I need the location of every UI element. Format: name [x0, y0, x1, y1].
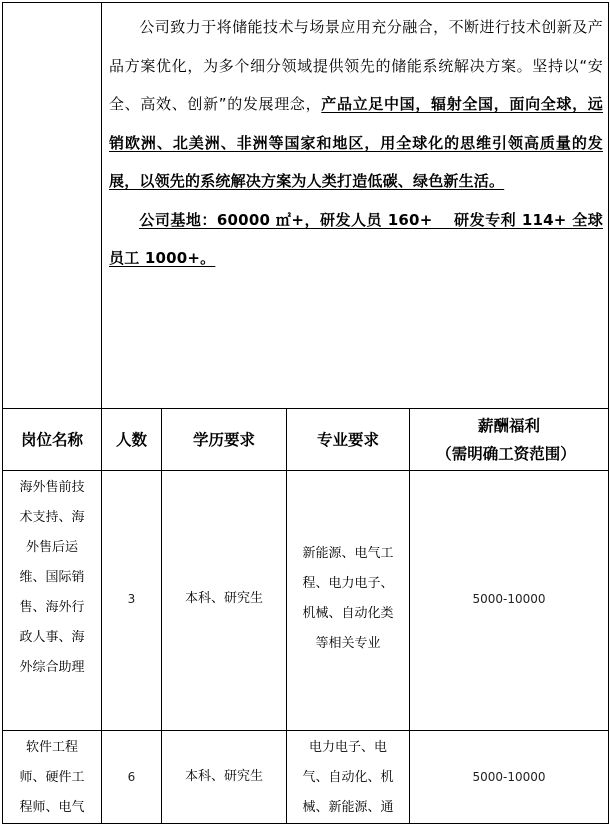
major-line: 程、电力电子、: [302, 569, 393, 599]
table-border-bottom: [2, 823, 609, 824]
table-row-1-education: 本科、研究生: [162, 471, 286, 730]
salary-value: 5000-10000: [472, 770, 545, 784]
header-major-label: 专业要求: [317, 426, 379, 454]
position-line: 维、国际销: [19, 563, 84, 593]
table-row-1-count: 3: [102, 471, 161, 730]
table-border-right: [608, 2, 609, 824]
intro-paragraph-1: 公司致力于将储能技术与场景应用充分融合，不断进行技术创新及产品方案优化，为多个细…: [109, 8, 603, 201]
table-row-2-count: 6: [102, 731, 161, 823]
table-row-2-major: 电力电子、电 气、自动化、机 械、新能源、通: [287, 731, 409, 823]
major-line: 机械、自动化类: [302, 599, 393, 629]
header-count: 人数: [102, 409, 161, 470]
major-line: 电力电子、电: [309, 733, 387, 763]
count-value: 3: [128, 592, 136, 606]
header-salary-label: 薪酬福利: [478, 412, 540, 440]
position-line: 售、海外行: [19, 593, 84, 623]
intro-paragraph-2: 公司基地：60000 ㎡+，研发人员 160+ 研发专利 114+ 全球员工 1…: [109, 201, 603, 278]
position-line: 海外售前技: [19, 473, 84, 503]
table-row-2-education: 本科、研究生: [162, 731, 286, 823]
job-posting-document: 公司致力于将储能技术与场景应用充分融合，不断进行技术创新及产品方案优化，为多个细…: [0, 0, 610, 825]
position-line: 软件工程: [26, 733, 78, 763]
position-line: 政人事、海: [19, 623, 84, 653]
major-line: 新能源、电气工: [302, 539, 393, 569]
position-line: 外综合助理: [19, 653, 84, 683]
company-intro: 公司致力于将储能技术与场景应用充分融合，不断进行技术创新及产品方案优化，为多个细…: [109, 8, 603, 278]
education-value: 本科、研究生: [185, 762, 263, 792]
header-education: 学历要求: [162, 409, 286, 470]
table-row-2-salary: 5000-10000: [410, 731, 608, 823]
header-position: 岗位名称: [3, 409, 101, 470]
header-position-label: 岗位名称: [21, 426, 83, 454]
position-line: 外售后运: [26, 533, 78, 563]
table-row-2-position: 软件工程 师、硬件工 程师、电气: [3, 731, 101, 823]
table-row-1-major: 新能源、电气工 程、电力电子、 机械、自动化类 等相关专业: [287, 471, 409, 730]
header-salary: 薪酬福利 （需明确工资范围）: [410, 409, 608, 470]
header-education-label: 学历要求: [193, 426, 255, 454]
position-line: 师、硬件工: [19, 763, 84, 793]
table-row-1-salary: 5000-10000: [410, 471, 608, 730]
intro-left-border: [101, 2, 102, 409]
header-count-label: 人数: [116, 426, 147, 454]
table-row-1-position: 海外售前技 术支持、海 外售后运 维、国际销 售、海外行 政人事、海 外综合助理: [3, 471, 101, 730]
header-major: 专业要求: [287, 409, 409, 470]
position-line: 术支持、海: [19, 503, 84, 533]
table-border-top: [2, 2, 609, 3]
salary-value: 5000-10000: [472, 592, 545, 606]
header-salary-note: （需明确工资范围）: [436, 440, 576, 468]
position-line: 程师、电气: [19, 793, 84, 823]
major-line: 气、自动化、机: [302, 763, 393, 793]
education-value: 本科、研究生: [185, 584, 263, 614]
count-value: 6: [128, 770, 136, 784]
major-line: 等相关专业: [315, 629, 380, 659]
company-stats-text: 公司基地：60000 ㎡+，研发人员 160+ 研发专利 114+ 全球员工 1…: [109, 211, 603, 268]
major-line: 械、新能源、通: [302, 793, 393, 823]
